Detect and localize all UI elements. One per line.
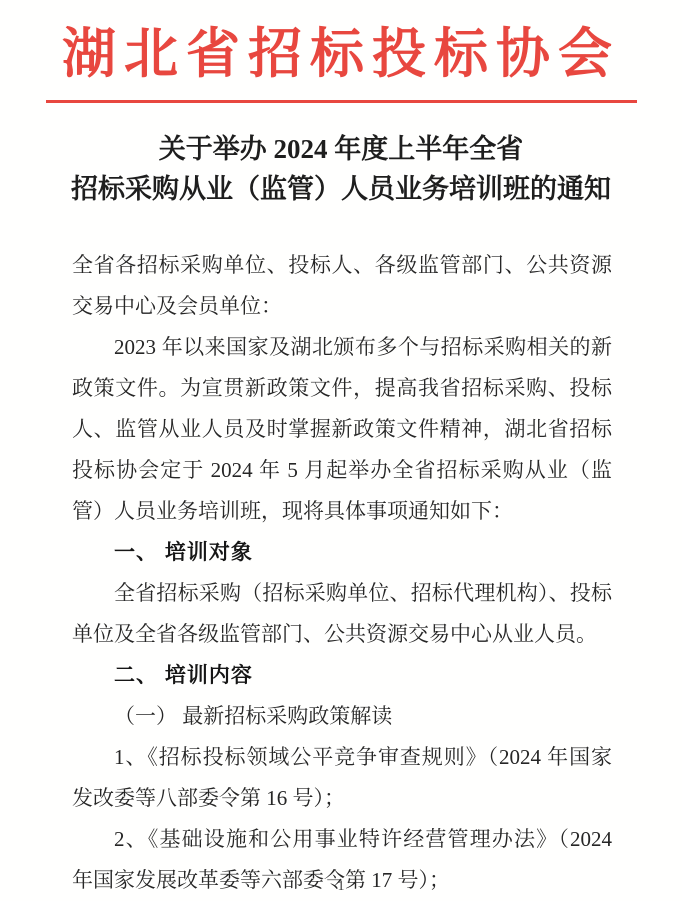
document-body: 全省各招标采购单位、投标人、各级监管部门、公共资源交易中心及会员单位： 2023…: [72, 245, 612, 901]
salutation-paragraph: 全省各招标采购单位、投标人、各级监管部门、公共资源交易中心及会员单位：: [72, 245, 612, 327]
document-title-line-1: 关于举办 2024 年度上半年全省: [40, 129, 642, 169]
page-number: 1: [0, 879, 682, 895]
document-title: 关于举办 2024 年度上半年全省 招标采购从业（监管）人员业务培训班的通知: [40, 129, 642, 209]
policy-list-item-1: 1、《招标投标领域公平竞争审查规则》（2024 年国家发改委等八部委令第 16 …: [72, 737, 612, 819]
training-targets-paragraph: 全省招标采购（招标采购单位、招标代理机构）、投标单位及全省各级监管部门、公共资源…: [72, 573, 612, 655]
letterhead-org-name: 湖北省招标投标协会: [0, 16, 682, 92]
intro-paragraph: 2023 年以来国家及湖北颁布多个与招标采购相关的新政策文件。为宣贯新政策文件，…: [72, 327, 612, 532]
document-title-line-2: 招标采购从业（监管）人员业务培训班的通知: [40, 169, 642, 209]
document-page: 湖北省招标投标协会 关于举办 2024 年度上半年全省 招标采购从业（监管）人员…: [0, 0, 682, 901]
section-heading-training-targets: 一、 培训对象: [72, 532, 612, 573]
section-heading-training-content: 二、 培训内容: [72, 655, 612, 696]
subsection-heading-policy-interpretation: （一） 最新招标采购政策解读: [72, 696, 612, 737]
letterhead-divider-line: [46, 100, 637, 103]
